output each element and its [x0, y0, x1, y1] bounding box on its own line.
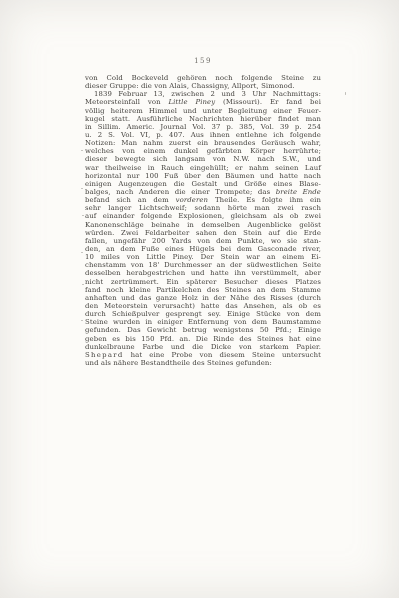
text-line: den, an dem Fuße eines Hügels bei dem Ga… — [85, 245, 321, 253]
text-segment: dunkelbraune Farbe und die Dicke von sta… — [85, 343, 321, 351]
scan-speck — [82, 284, 84, 285]
text-segment: 1839 Februar 13, zwischen 2 und 3 Uhr Na… — [94, 90, 321, 98]
text-line: gefunden. Das Gewicht betrug wenigstens … — [85, 326, 321, 334]
text-line: dieser bewegte sich langsam von N.W. nac… — [85, 155, 321, 163]
text-line: balges, nach Anderen die einer Trompete;… — [85, 188, 321, 196]
text-segment: fallen, ungefähr 200 Yards von dem Punkt… — [85, 237, 321, 245]
text-line: völlig heiterem Himmel und unter Begleit… — [85, 107, 321, 115]
text-line: 10 miles von Little Piney. Der Stein war… — [85, 253, 321, 261]
text-line: dieser Gruppe: die von Alais, Chassigny,… — [85, 82, 321, 90]
text-line: Kanonenschläge beinahe in demselben Auge… — [85, 221, 321, 229]
page-number: 159 — [85, 57, 321, 65]
text-line: Meteorsteinfall von Little Piney (Missou… — [85, 98, 321, 106]
scan-speck — [81, 320, 83, 321]
scan-speck — [81, 150, 83, 151]
text-line: Notizen: Man nahm zuerst ein brausendes … — [85, 139, 321, 147]
text-line: fallen, ungefähr 200 Yards von dem Punkt… — [85, 237, 321, 245]
text-segment: sehr langer Lichtschweif; sodann hörte m… — [85, 204, 321, 212]
text-line: Steine wurden in einiger Entfernung von … — [85, 318, 321, 326]
text-segment: dieser bewegte sich langsam von N.W. nac… — [85, 155, 321, 163]
text-line: desselben herabgestrichen und hatte ihn … — [85, 269, 321, 277]
scanned-book-page: 159 von Cold Bockeveld gehören noch folg… — [0, 0, 399, 598]
text-segment: in Sillim. Americ. Journal Vol. 37 p. 38… — [85, 123, 321, 131]
text-line: horizontal nur 100 Fuß über den Bäumen u… — [85, 172, 321, 180]
text-segment: Notizen: Man nahm zuerst ein brausendes … — [85, 139, 321, 147]
italic-text: Little Piney — [168, 98, 215, 106]
text-segment: dieser Gruppe: die von Alais, Chassigny,… — [85, 82, 295, 90]
text-segment: 10 miles von Little Piney. Der Stein war… — [85, 253, 321, 261]
text-line: war theilweise in Rauch eingehüllt; er n… — [85, 164, 321, 172]
text-line: auf einander folgende Explosionen, gleic… — [85, 212, 321, 220]
text-line: einigen Augenzeugen die Gestalt und Größ… — [85, 180, 321, 188]
text-line: kugel statt. Ausführliche Nachrichten hi… — [85, 115, 321, 123]
text-line: würden. Zwei Feldarbeiter sahen den Stei… — [85, 229, 321, 237]
text-segment: welches von einem dunkel gefärbten Körpe… — [85, 147, 321, 155]
text-segment: Kanonenschläge beinahe in demselben Auge… — [85, 221, 321, 229]
text-segment: würden. Zwei Feldarbeiter sahen den Stei… — [85, 229, 321, 237]
scan-speck — [82, 215, 84, 216]
text-segment: chenstamm von 18' Durchmesser an der süd… — [85, 261, 321, 269]
text-segment: und als nähere Bestandtheile des Steines… — [85, 359, 272, 367]
text-line: welches von einem dunkel gefärbten Körpe… — [85, 147, 321, 155]
text-line: in Sillim. Americ. Journal Vol. 37 p. 38… — [85, 123, 321, 131]
text-line: 1839 Februar 13, zwischen 2 und 3 Uhr Na… — [85, 90, 321, 98]
text-line: durch Schießpulver gesprengt sey. Einige… — [85, 310, 321, 318]
text-line: chenstamm von 18' Durchmesser an der süd… — [85, 261, 321, 269]
text-segment: den Meteorstein verursacht) hatte das An… — [85, 302, 321, 310]
text-segment: u. 2 S. Vol. VI, p. 407. Aus ihnen entle… — [85, 131, 321, 139]
text-line: nicht zertrümmert. Ein späterer Besucher… — [85, 278, 321, 286]
text-segment: Meteorsteinfall von — [85, 98, 168, 106]
text-segment: hat eine Probe von diesem Steine untersu… — [124, 351, 321, 359]
text-line: und als nähere Bestandtheile des Steines… — [85, 359, 321, 367]
scan-speck — [345, 92, 346, 95]
text-segment: Steine wurden in einiger Entfernung von … — [85, 318, 321, 326]
text-line: den Meteorstein verursacht) hatte das An… — [85, 302, 321, 310]
scan-speck — [81, 188, 83, 189]
text-segment: von Cold Bockeveld gehören noch folgende… — [85, 74, 321, 82]
text-line: sehr langer Lichtschweif; sodann hörte m… — [85, 204, 321, 212]
text-line: Shepard hat eine Probe von diesem Steine… — [85, 351, 321, 359]
text-segment: völlig heiterem Himmel und unter Begleit… — [85, 107, 321, 115]
text-segment: fand noch kleine Partikelchen des Steine… — [85, 286, 321, 294]
text-segment: auf einander folgende Explosionen, gleic… — [85, 212, 321, 220]
text-segment: desselben herabgestrichen und hatte ihn … — [85, 269, 321, 277]
text-segment: (Missouri). Er fand bei — [215, 98, 321, 106]
letterspaced-name: Shepard — [85, 351, 124, 359]
text-segment: balges, nach Anderen die einer Trompete;… — [85, 188, 276, 196]
text-segment: war theilweise in Rauch eingehüllt; er n… — [85, 164, 321, 172]
text-segment: gefunden. Das Gewicht betrug wenigstens … — [85, 326, 321, 334]
text-segment: kugel statt. Ausführliche Nachrichten hi… — [85, 115, 321, 123]
text-segment: geben es bis 150 Pfd. an. Die Rinde des … — [85, 335, 321, 343]
text-segment: nicht zertrümmert. Ein späterer Besucher… — [85, 278, 321, 286]
text-line: von Cold Bockeveld gehören noch folgende… — [85, 74, 321, 82]
text-segment: horizontal nur 100 Fuß über den Bäumen u… — [85, 172, 321, 180]
text-line: fand noch kleine Partikelchen des Steine… — [85, 286, 321, 294]
text-segment: den, an dem Fuße eines Hügels bei dem Ga… — [85, 245, 321, 253]
text-line: anhaften und das ganze Holz in der Nähe … — [85, 294, 321, 302]
italic-text: breite Ende — [276, 188, 321, 196]
text-segment: Theile. Es folgte ihm ein — [208, 196, 321, 204]
text-segment: einigen Augenzeugen die Gestalt und Größ… — [85, 180, 321, 188]
text-segment: befand sich an dem — [85, 196, 176, 204]
text-block: von Cold Bockeveld gehören noch folgende… — [85, 74, 321, 367]
text-line: dunkelbraune Farbe und die Dicke von sta… — [85, 343, 321, 351]
scan-speck — [81, 252, 83, 253]
italic-text: vorderen — [176, 196, 208, 204]
text-line: u. 2 S. Vol. VI, p. 407. Aus ihnen entle… — [85, 131, 321, 139]
text-segment: durch Schießpulver gesprengt sey. Einige… — [85, 310, 321, 318]
text-segment: anhaften und das ganze Holz in der Nähe … — [85, 294, 321, 302]
text-line: befand sich an dem vorderen Theile. Es f… — [85, 196, 321, 204]
text-line: geben es bis 150 Pfd. an. Die Rinde des … — [85, 335, 321, 343]
